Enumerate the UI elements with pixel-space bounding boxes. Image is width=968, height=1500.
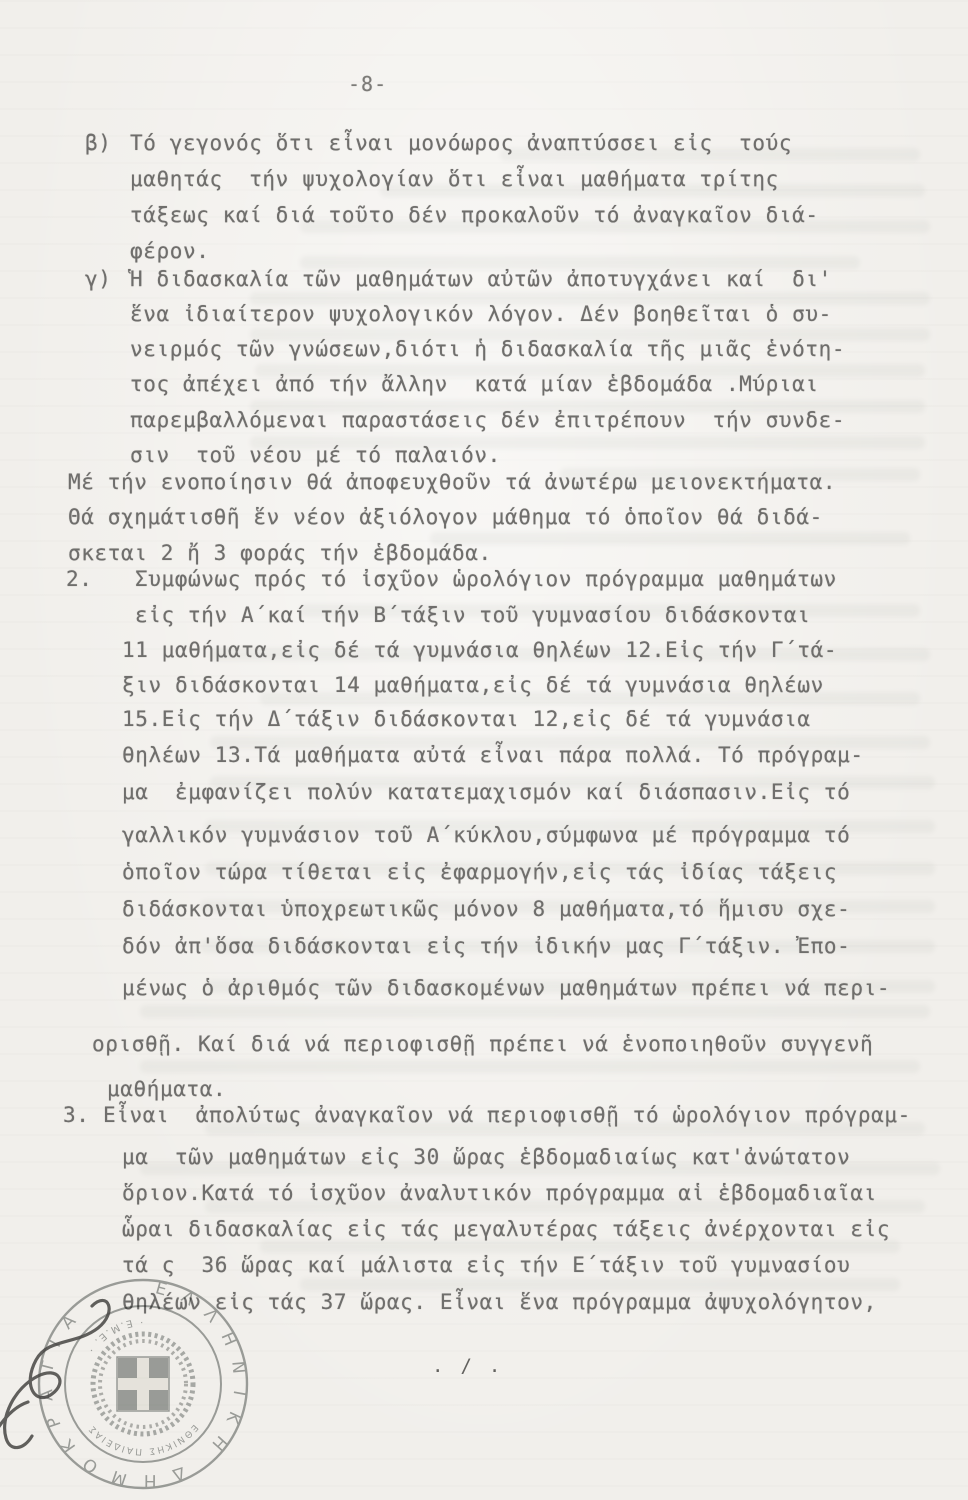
document-page: -8- β)Τό γεγονός ὅτι εἶναι μονόωρος ἀναπ…: [0, 0, 968, 1500]
typed-line: δόν ἀπ'ὅσα διδάσκονται εἰς τήν ἰδικήν μα…: [122, 934, 850, 958]
typed-line: Τό γεγονός ὅτι εἶναι μονόωρος ἀναπτύσσει…: [130, 131, 792, 155]
typed-line: νειρμός τῶν γνώσεων,διότι ἡ διδασκαλία τ…: [130, 337, 845, 361]
typed-line: γαλλικόν γυμνάσιον τοῦ Α΄κύκλου,σύμφωνα …: [122, 823, 850, 847]
signature: [0, 1278, 136, 1478]
typed-line: ὅριον.Κατά τό ἰσχῦον ἀναλυτικόν πρόγραμμ…: [122, 1181, 877, 1205]
typed-line: 3.: [63, 1103, 90, 1127]
typed-line: θηλέων 13.Τά μαθήματα αὐτά εἶναι πάρα πο…: [122, 743, 864, 767]
typed-line: ξιν διδάσκονται 14 μαθήματα,εἰς δέ τά γυ…: [122, 673, 824, 697]
typed-line: Εἶναι ἀπολύτως ἀναγκαῖον νά περιοφισθῇ τ…: [103, 1103, 911, 1127]
typed-line: σιν τοῦ νέου μέ τό παλαιόν.: [130, 443, 501, 467]
typed-line: μαθήματα.: [107, 1077, 226, 1101]
typed-line: 2.: [66, 567, 93, 591]
typed-line: φέρον.: [130, 239, 209, 263]
typed-line: 11 μαθήματα,εἰς δέ τά γυμνάσια θηλέων 12…: [122, 638, 837, 662]
typed-line: ἕνα ἰδιαίτερον ψυχολογικόν λόγον. Δέν βο…: [130, 302, 832, 326]
typed-line: Θά σχημάτισθῆ ἕν νέον ἀξιόλογον μάθημα τ…: [68, 505, 823, 529]
typed-line: Συμφώνως πρός τό ἰσχῦον ὡρολόγιον πρόγρα…: [135, 567, 837, 591]
typed-line: σκεται 2 ἤ 3 φοράς τήν ἑβδομάδα.: [68, 541, 492, 565]
typed-line: μα τῶν μαθημάτων εἰς 30 ὥρας ἑβδομαδιαίω…: [122, 1145, 850, 1169]
typed-line: τος ἀπέχει ἀπό τήν ἄλλην κατά μίαν ἑβδομ…: [130, 372, 819, 396]
continuation-mark: ./.: [432, 1355, 517, 1377]
typed-line: ὧραι διδασκαλίας εἰς τάς μεγαλυτέρας τάξ…: [122, 1217, 890, 1241]
typed-line: ορισθῇ. Καί διά νά περιοφισθῇ πρέπει νά …: [92, 1032, 873, 1056]
typed-line: τάξεως καί διά τοῦτο δέν προκαλοῦν τό ἀν…: [130, 203, 819, 227]
typed-line: β): [85, 131, 112, 155]
typed-line: ὁποῖον τώρα τίθεται εἰς ἐφαρμογήν,εἰς τά…: [122, 860, 837, 884]
typed-line: διδάσκονται ὑποχρεωτικῶς μόνον 8 μαθήματ…: [122, 897, 850, 921]
typed-line: μαθητάς τήν ψυχολογίαν ὅτι εἶναι μαθήματ…: [130, 167, 779, 191]
typed-line: γ): [85, 267, 112, 291]
typed-line: μα ἐμφανίζει πολύν κατατεμαχισμόν καί δι…: [122, 780, 850, 804]
typed-line: παρεμβαλλόμεναι παραστάσεις δέν ἐπιτρέπο…: [130, 408, 845, 432]
typed-line: εἰς τήν Α΄καί τήν Β΄τάξιν τοῦ γυμνασίου …: [135, 603, 810, 627]
typed-line: μένως ὁ ἀριθμός τῶν διδασκομένων μαθημάτ…: [122, 976, 890, 1000]
typed-line: 15.Εἰς τήν Δ΄τάξιν διδάσκονται 12,εἰς δέ…: [122, 707, 811, 731]
typed-line: Ἡ διδασκαλία τῶν μαθημάτων αὐτῶν ἀποτυγχ…: [130, 267, 832, 291]
typed-line: Μέ τήν ενοποίησιν θά ἀποφευχθοῦν τά ἀνωτ…: [68, 470, 836, 494]
